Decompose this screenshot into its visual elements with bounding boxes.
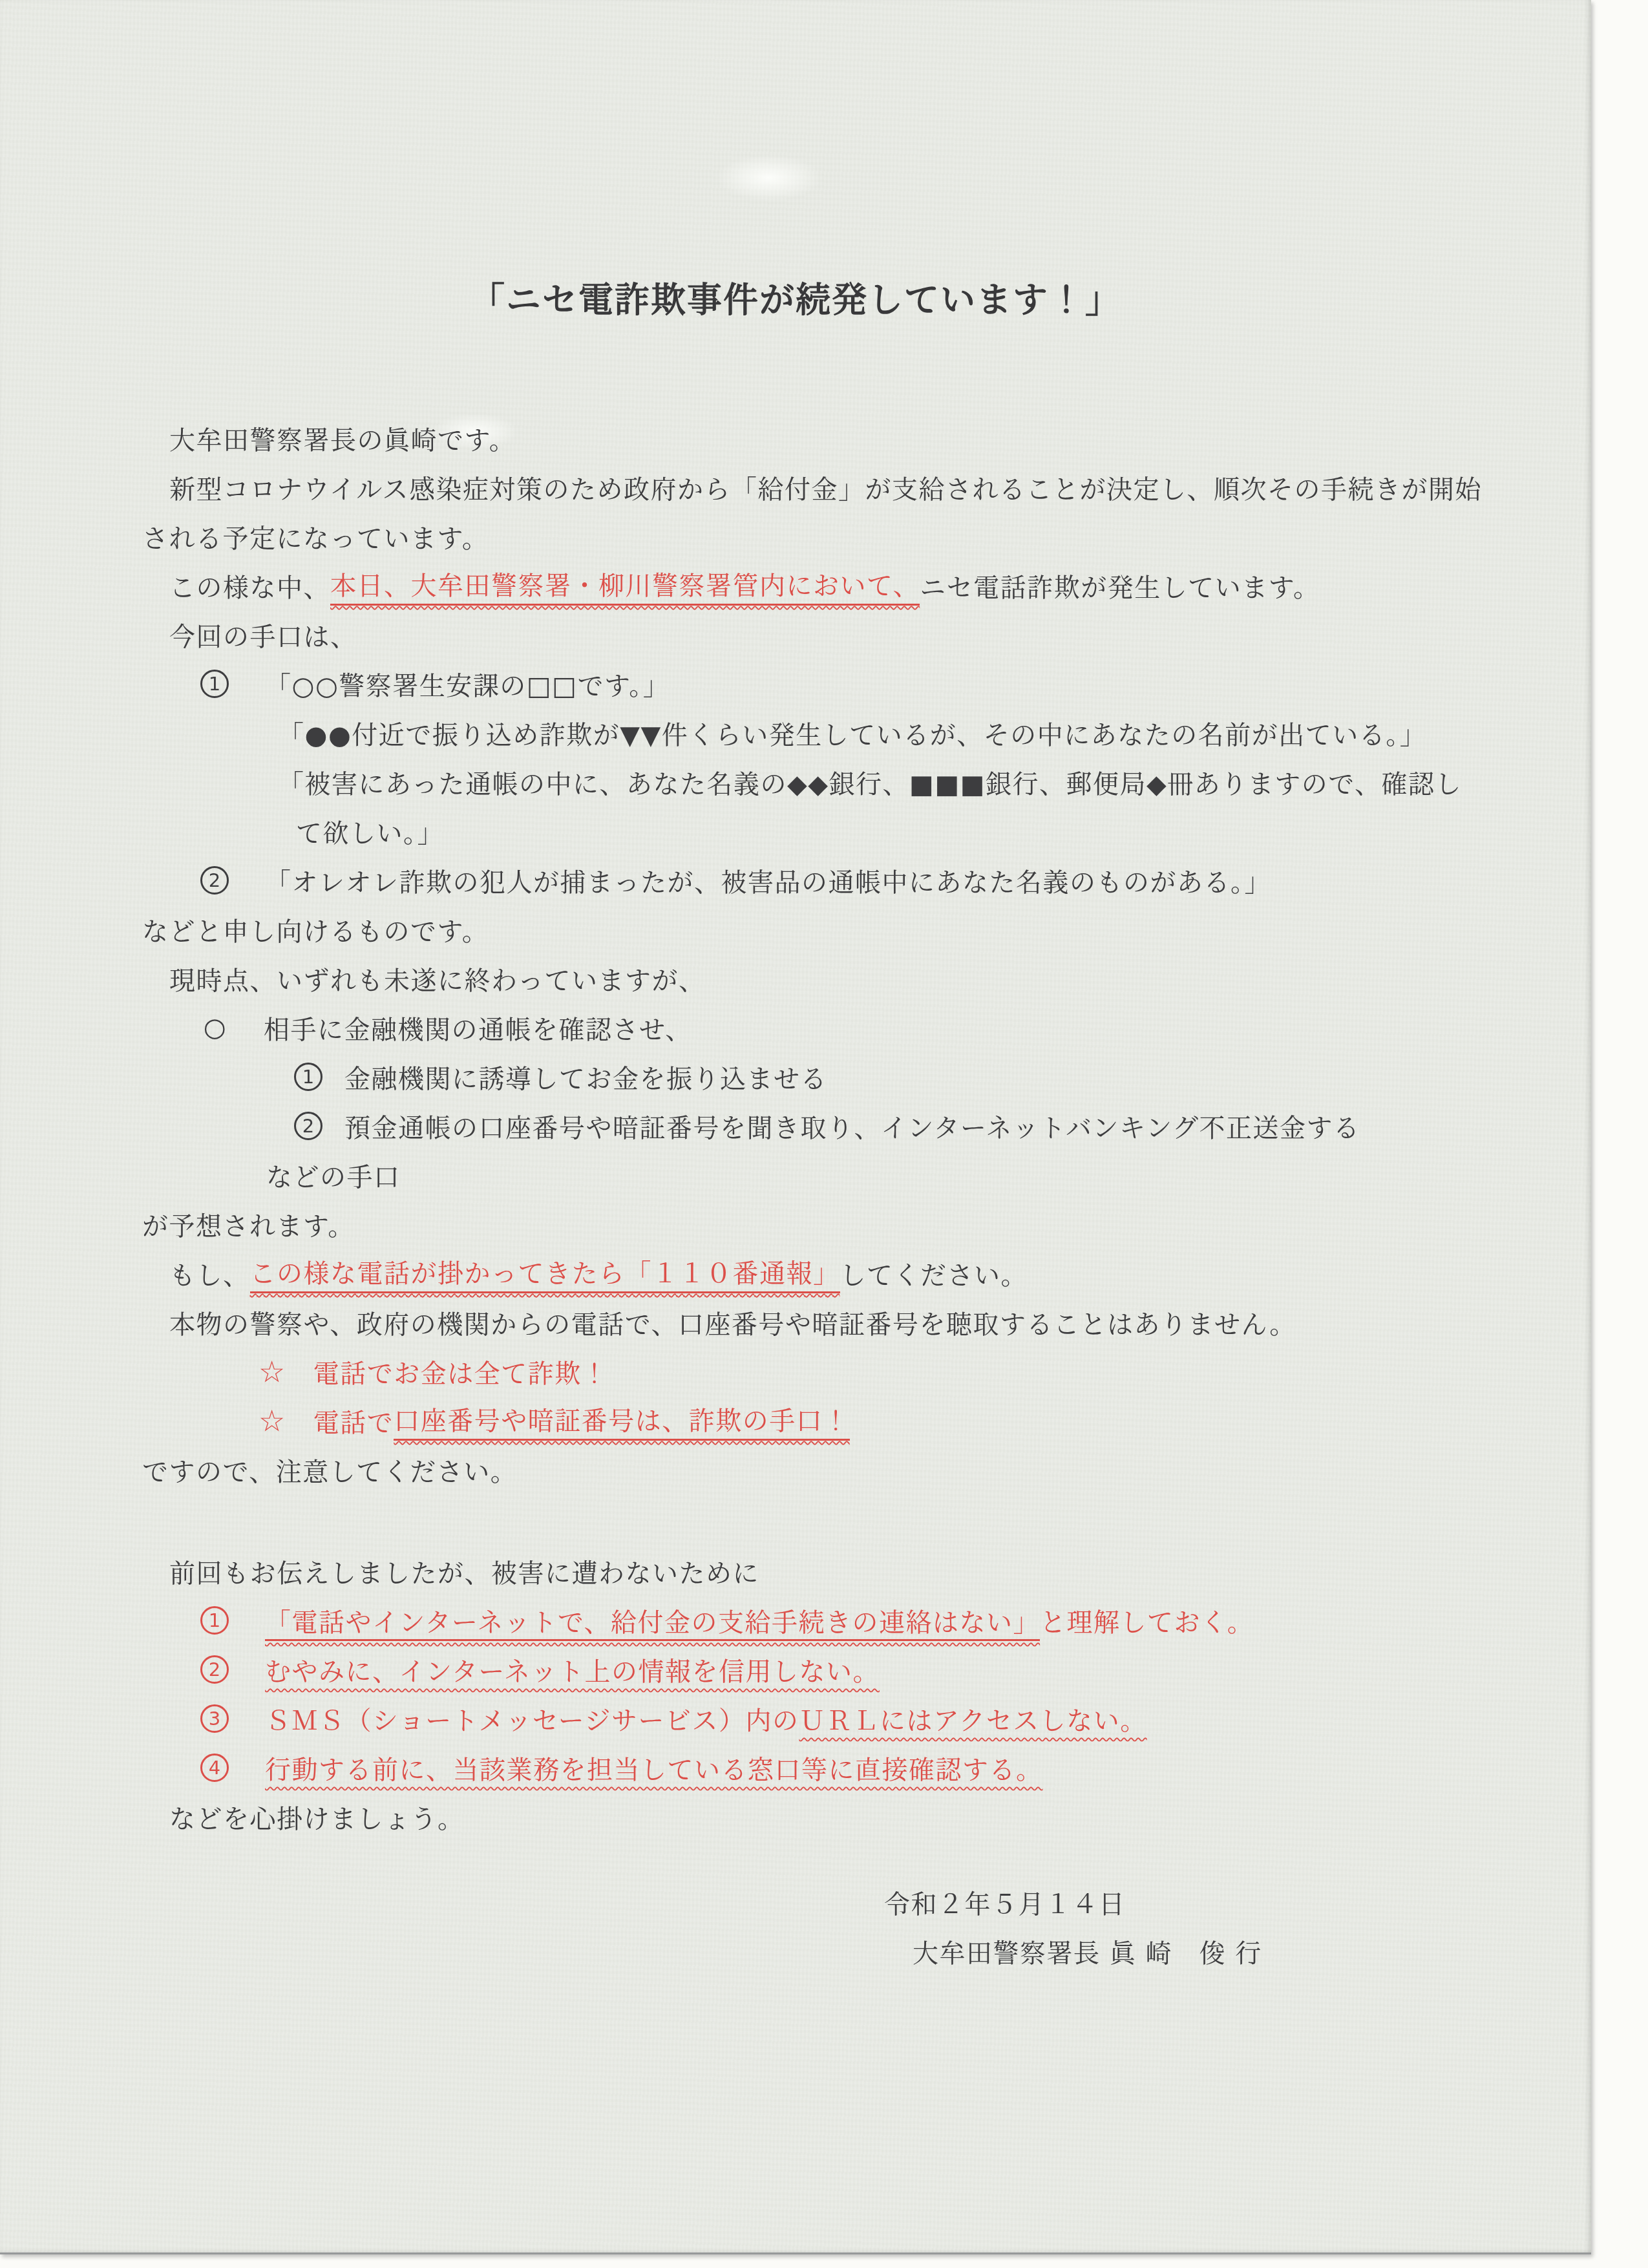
- intro1-text: 大牟田警察署長の眞崎です。: [169, 420, 516, 457]
- maru-circle-marker-icon: ○: [200, 1013, 230, 1043]
- method2-text: 「オレオレ詐欺の犯人が捕まったが、被害品の通帳中にあなた名義のものがある。」: [265, 862, 1271, 899]
- title-text: 「ニセ電詐欺事件が続発しています！」: [470, 273, 1121, 323]
- method1-quote-1: 「●●付近で振り込め詐欺が▼▼件くらい発生しているが、その中にあなたの名前が出て…: [278, 708, 1591, 758]
- intro3-text: される予定になっています。: [142, 518, 489, 555]
- expected-text: が予想されます。: [142, 1206, 355, 1243]
- scanned-document: 「ニセ電詐欺事件が続発しています！」 大牟田警察署長の眞崎です。 新型コロナウイ…: [0, 0, 1648, 2268]
- method1-quote2-text: 「被害にあった通帳の中に、あなた名義の◆◆銀行、■■■銀行、郵便局◆冊ありますの…: [278, 764, 1462, 801]
- incident-post: ニセ電話詐欺が発生しています。: [920, 567, 1320, 604]
- sub-outro-line: などの手口: [266, 1150, 1591, 1200]
- star2-pre: 電話で: [313, 1403, 394, 1439]
- reassurance-text: 本物の警察や、政府の機関からの電話で、口座番号や暗証番号を聴取することはありませ…: [169, 1304, 1296, 1341]
- methods-intro-line: 今回の手口は、: [169, 610, 1591, 659]
- maru-item: ○ 相手に金融機関の通帳を確認させ、: [200, 1003, 1591, 1052]
- circled-number-icon: 2: [294, 1112, 322, 1140]
- incident-line: この様な中、本日、大牟田警察署・柳川警察署管内において、ニセ電話詐欺が発生してい…: [169, 561, 1591, 610]
- sub-item-1: 1 金融機関に誘導してお金を振り込ませる: [294, 1052, 1591, 1101]
- tip1-tail: と理解しておく。: [1040, 1608, 1254, 1638]
- prev-note-text: 前回もお伝えしましたが、被害に遭わないために: [169, 1553, 759, 1590]
- sub-item-2: 2 預金通帳の口座番号や暗証番号を聞き取り、インターネットバンキング不正送金する: [294, 1101, 1591, 1150]
- caution-text: ですので、注意してください。: [142, 1452, 517, 1489]
- intro2-text: 新型コロナウイルス感染症対策のため政府から「給付金」が支給されることが決定し、順…: [169, 469, 1482, 506]
- method-item-1: 1 「○○警察署生安課の□□です。」: [200, 659, 1591, 708]
- date-text: 令和２年５月１４日: [884, 1884, 1126, 1921]
- tip-item-3: 3 ＳＭＳ（ショートメッセージサービス）内のＵＲＬにはアクセスしない。: [200, 1694, 1591, 1743]
- status-line: 現時点、いずれも未遂に終わっていますが、: [169, 954, 1591, 1003]
- incident-highlight: 本日、大牟田警察署・柳川警察署管内において、: [330, 566, 920, 606]
- signature-line: 大牟田警察署長 眞 崎 俊 行: [913, 1927, 1591, 1976]
- tip2-text: むやみに、インターネット上の情報を信用しない。: [265, 1651, 880, 1688]
- tip3-text: ＳＭＳ（ショートメッセージサービス）内のＵＲＬにはアクセスしない。: [265, 1701, 1147, 1737]
- maru-item-text: 相手に金融機関の通帳を確認させ、: [264, 1010, 692, 1046]
- call110-line: もし、この様な電話が掛かってきたら「１１０番通報」してください。: [169, 1249, 1591, 1298]
- star-icon: ☆: [259, 1354, 286, 1389]
- sub1-text: 金融機関に誘導してお金を振り込ませる: [344, 1059, 827, 1096]
- tips-outro-text: などを心掛けましょう。: [169, 1799, 465, 1836]
- tip1-highlight: 「電話やインターネットで、給付金の支給手続きの連絡はない」: [265, 1608, 1040, 1641]
- circled-number-icon: 4: [200, 1754, 229, 1782]
- star-slogan-2: ☆ 電話で口座番号や暗証番号は、詐欺の手口！: [259, 1396, 1591, 1445]
- tips-outro-line: などを心掛けましょう。: [169, 1792, 1591, 1841]
- method1-quote-2: 「被害にあった通帳の中に、あなた名義の◆◆銀行、■■■銀行、郵便局◆冊ありますの…: [278, 758, 1591, 807]
- intro-line-3: される予定になっています。: [142, 512, 1591, 561]
- methods-intro-text: 今回の手口は、: [169, 617, 357, 653]
- methods-outro-line: などと申し向けるものです。: [142, 905, 1591, 954]
- method-item-2: 2 「オレオレ詐欺の犯人が捕まったが、被害品の通帳中にあなた名義のものがある。」: [200, 856, 1591, 905]
- circled-number-icon: 3: [200, 1704, 229, 1733]
- expected-line: が予想されます。: [142, 1200, 1591, 1249]
- intro-line-2: 新型コロナウイルス感染症対策のため政府から「給付金」が支給されることが決定し、順…: [169, 463, 1591, 512]
- circled-number-icon: 1: [294, 1063, 322, 1091]
- tip3-highlight: ＵＲＬにはアクセスしない。: [799, 1706, 1146, 1736]
- tip-item-1: 1 「電話やインターネットで、給付金の支給手続きの連絡はない」と理解しておく。: [200, 1596, 1591, 1645]
- intro-line-1: 大牟田警察署長の眞崎です。: [169, 414, 1591, 463]
- document-date: 令和２年５月１４日: [884, 1878, 1591, 1927]
- star-icon: ☆: [259, 1403, 286, 1438]
- call110-pre: もし、: [169, 1255, 250, 1292]
- prev-note-line: 前回もお伝えしましたが、被害に遭わないために: [169, 1547, 1591, 1596]
- tip-item-2: 2 むやみに、インターネット上の情報を信用しない。: [200, 1645, 1591, 1694]
- circled-number-icon: 2: [200, 1655, 229, 1684]
- star-slogan-1: ☆ 電話でお金は全て詐欺！: [259, 1347, 1591, 1396]
- star2-highlight: 口座番号や暗証番号は、詐欺の手口！: [394, 1401, 850, 1441]
- sub-outro-text: などの手口: [266, 1157, 401, 1194]
- reassurance-line: 本物の警察や、政府の機関からの電話で、口座番号や暗証番号を聴取することはありませ…: [169, 1298, 1591, 1347]
- call110-highlight: この様な電話が掛かってきたら「１１０番通報」: [250, 1253, 840, 1293]
- status-text: 現時点、いずれも未遂に終わっていますが、: [169, 960, 706, 997]
- method1-text: 「○○警察署生安課の□□です。」: [265, 666, 670, 703]
- method1-quote-3: て欲しい。」: [296, 807, 1591, 856]
- caution-line: ですので、注意してください。: [142, 1445, 1591, 1494]
- star1-text: 電話でお金は全て詐欺！: [313, 1353, 609, 1390]
- circled-number-icon: 1: [200, 1606, 229, 1635]
- sub2-text: 預金通帳の口座番号や暗証番号を聞き取り、インターネットバンキング不正送金する: [344, 1108, 1360, 1145]
- tip3-pre: ＳＭＳ（ショートメッセージサービス）内の: [265, 1706, 799, 1736]
- tip4-text: 行動する前に、当該業務を担当している窓口等に直接確認する。: [265, 1750, 1043, 1786]
- circled-number-icon: 1: [200, 670, 229, 698]
- document-content: 「ニセ電詐欺事件が続発しています！」 大牟田警察署長の眞崎です。 新型コロナウイ…: [0, 0, 1591, 1976]
- tip-item-4: 4 行動する前に、当該業務を担当している窓口等に直接確認する。: [200, 1743, 1591, 1792]
- incident-pre: この様な中、: [169, 567, 330, 604]
- signature-text: 大牟田警察署長 眞 崎 俊 行: [913, 1933, 1262, 1970]
- call110-post: してください。: [840, 1255, 1028, 1292]
- method1-quote1-text: 「●●付近で振り込め詐欺が▼▼件くらい発生しているが、その中にあなたの名前が出て…: [278, 715, 1426, 752]
- paper-sheet: 「ニセ電詐欺事件が続発しています！」 大牟田警察署長の眞崎です。 新型コロナウイ…: [0, 0, 1591, 2254]
- tip1-text: 「電話やインターネットで、給付金の支給手続きの連絡はない」と理解しておく。: [265, 1602, 1254, 1639]
- methods-outro-text: などと申し向けるものです。: [142, 911, 489, 948]
- method1-quote3-text: て欲しい。」: [296, 813, 444, 850]
- circled-number-icon: 2: [200, 866, 229, 895]
- document-title: 「ニセ電詐欺事件が続発しています！」: [0, 271, 1591, 323]
